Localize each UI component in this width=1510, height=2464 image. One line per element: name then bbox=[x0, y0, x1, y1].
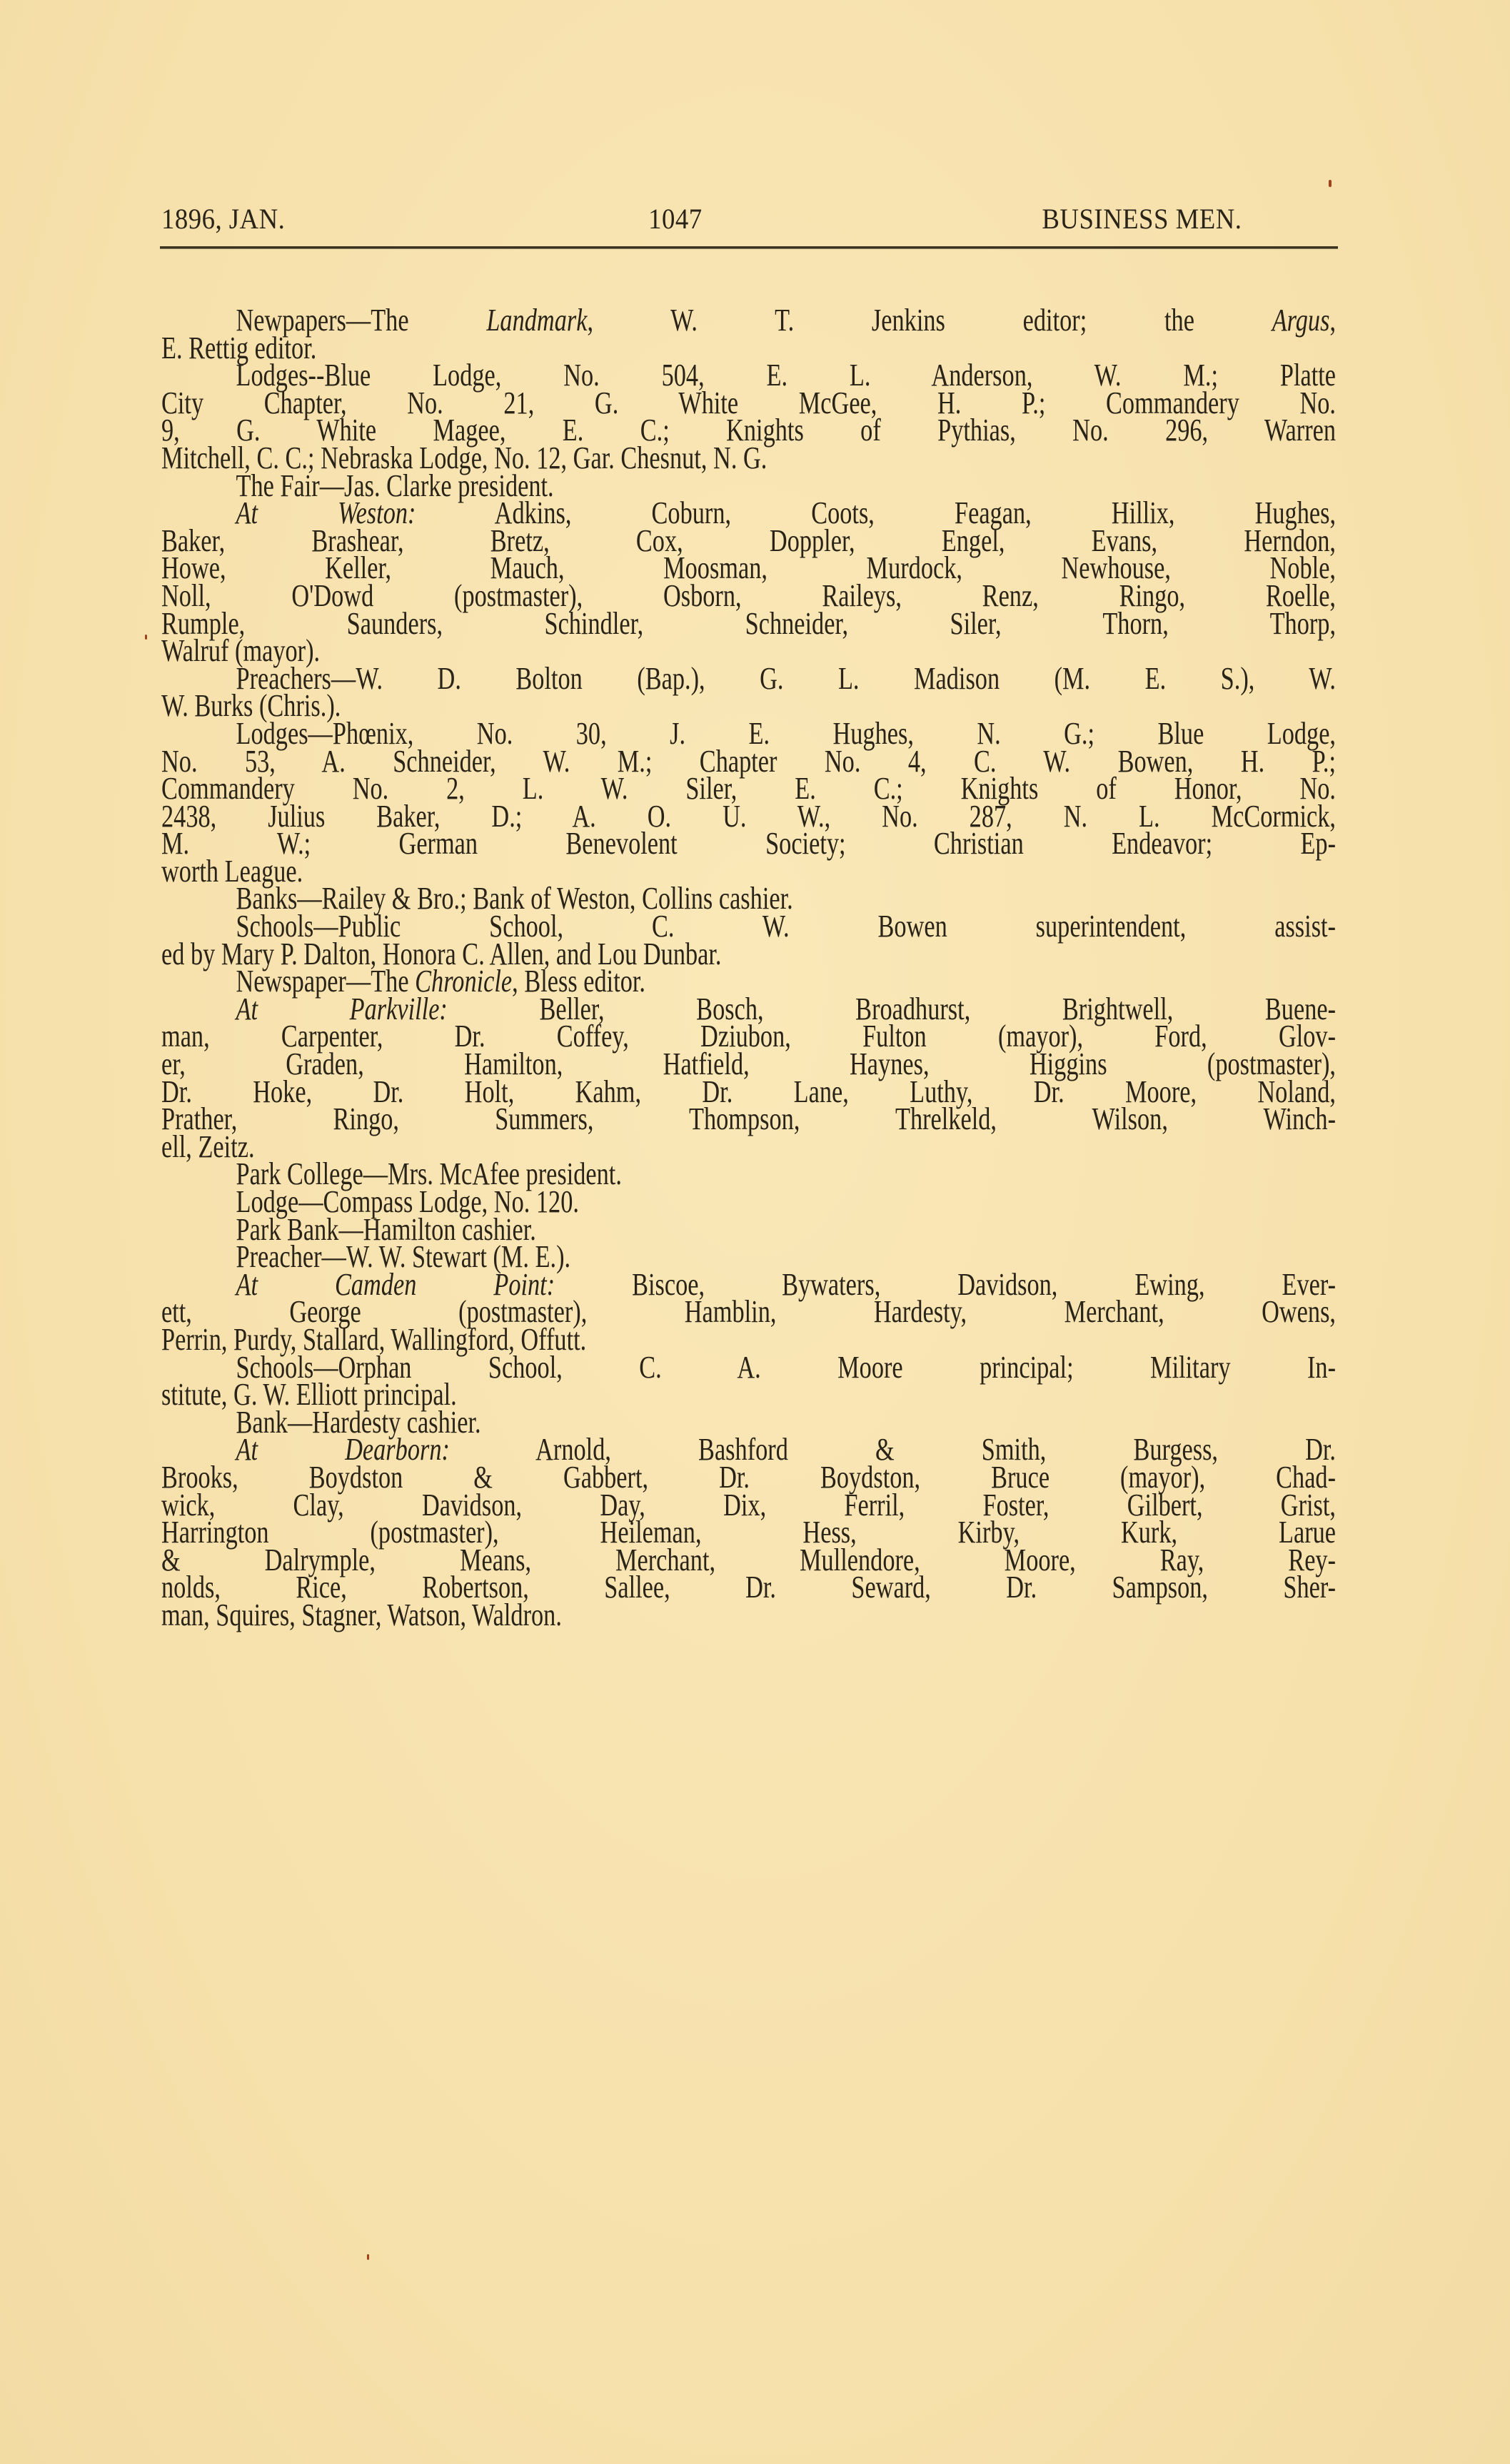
text-run: Prather, Ringo, Summers, Thompson, Threl… bbox=[161, 1101, 1336, 1136]
text-run: Preachers—W. D. Bolton (Bap.), G. L. Mad… bbox=[236, 661, 1336, 696]
ink-speck bbox=[1329, 180, 1332, 187]
page-number: 1047 bbox=[577, 202, 774, 236]
text-line: M. W.; German Benevolent Society; Christ… bbox=[161, 830, 1336, 858]
text-line: Newpapers—The Landmark, W. T. Jenkins ed… bbox=[161, 307, 1336, 335]
ink-speck bbox=[367, 2254, 369, 2260]
text-run: , bbox=[1329, 303, 1336, 338]
text-line: man, Squires, Stagner, Watson, Waldron. bbox=[161, 1602, 1336, 1630]
page-body: Newpapers—The Landmark, W. T. Jenkins ed… bbox=[161, 307, 1336, 1630]
text-run: , W. T. Jenkins editor; the bbox=[587, 303, 1272, 338]
section-title: BUSINESS MEN. bbox=[913, 202, 1242, 236]
text-line: Prather, Ringo, Summers, Thompson, Threl… bbox=[161, 1106, 1336, 1133]
text-run: Rumple, Saunders, Schindler, Schneider, … bbox=[161, 606, 1336, 641]
italic-label: Argus bbox=[1272, 303, 1330, 338]
directory-text: Newpapers—The Landmark, W. T. Jenkins ed… bbox=[161, 307, 1336, 1630]
italic-label: Landmark bbox=[486, 303, 587, 338]
text-run: man, Squires, Stagner, Watson, Waldron. bbox=[161, 1597, 562, 1632]
text-run: M. W.; German Benevolent Society; Christ… bbox=[161, 826, 1336, 861]
header-rule bbox=[160, 246, 1338, 249]
page-header: 1896, JAN. 1047 BUSINESS MEN. bbox=[161, 193, 1242, 236]
ink-speck bbox=[145, 635, 147, 640]
header-date: 1896, JAN. bbox=[161, 202, 437, 236]
text-line: Rumple, Saunders, Schindler, Schneider, … bbox=[161, 610, 1336, 638]
